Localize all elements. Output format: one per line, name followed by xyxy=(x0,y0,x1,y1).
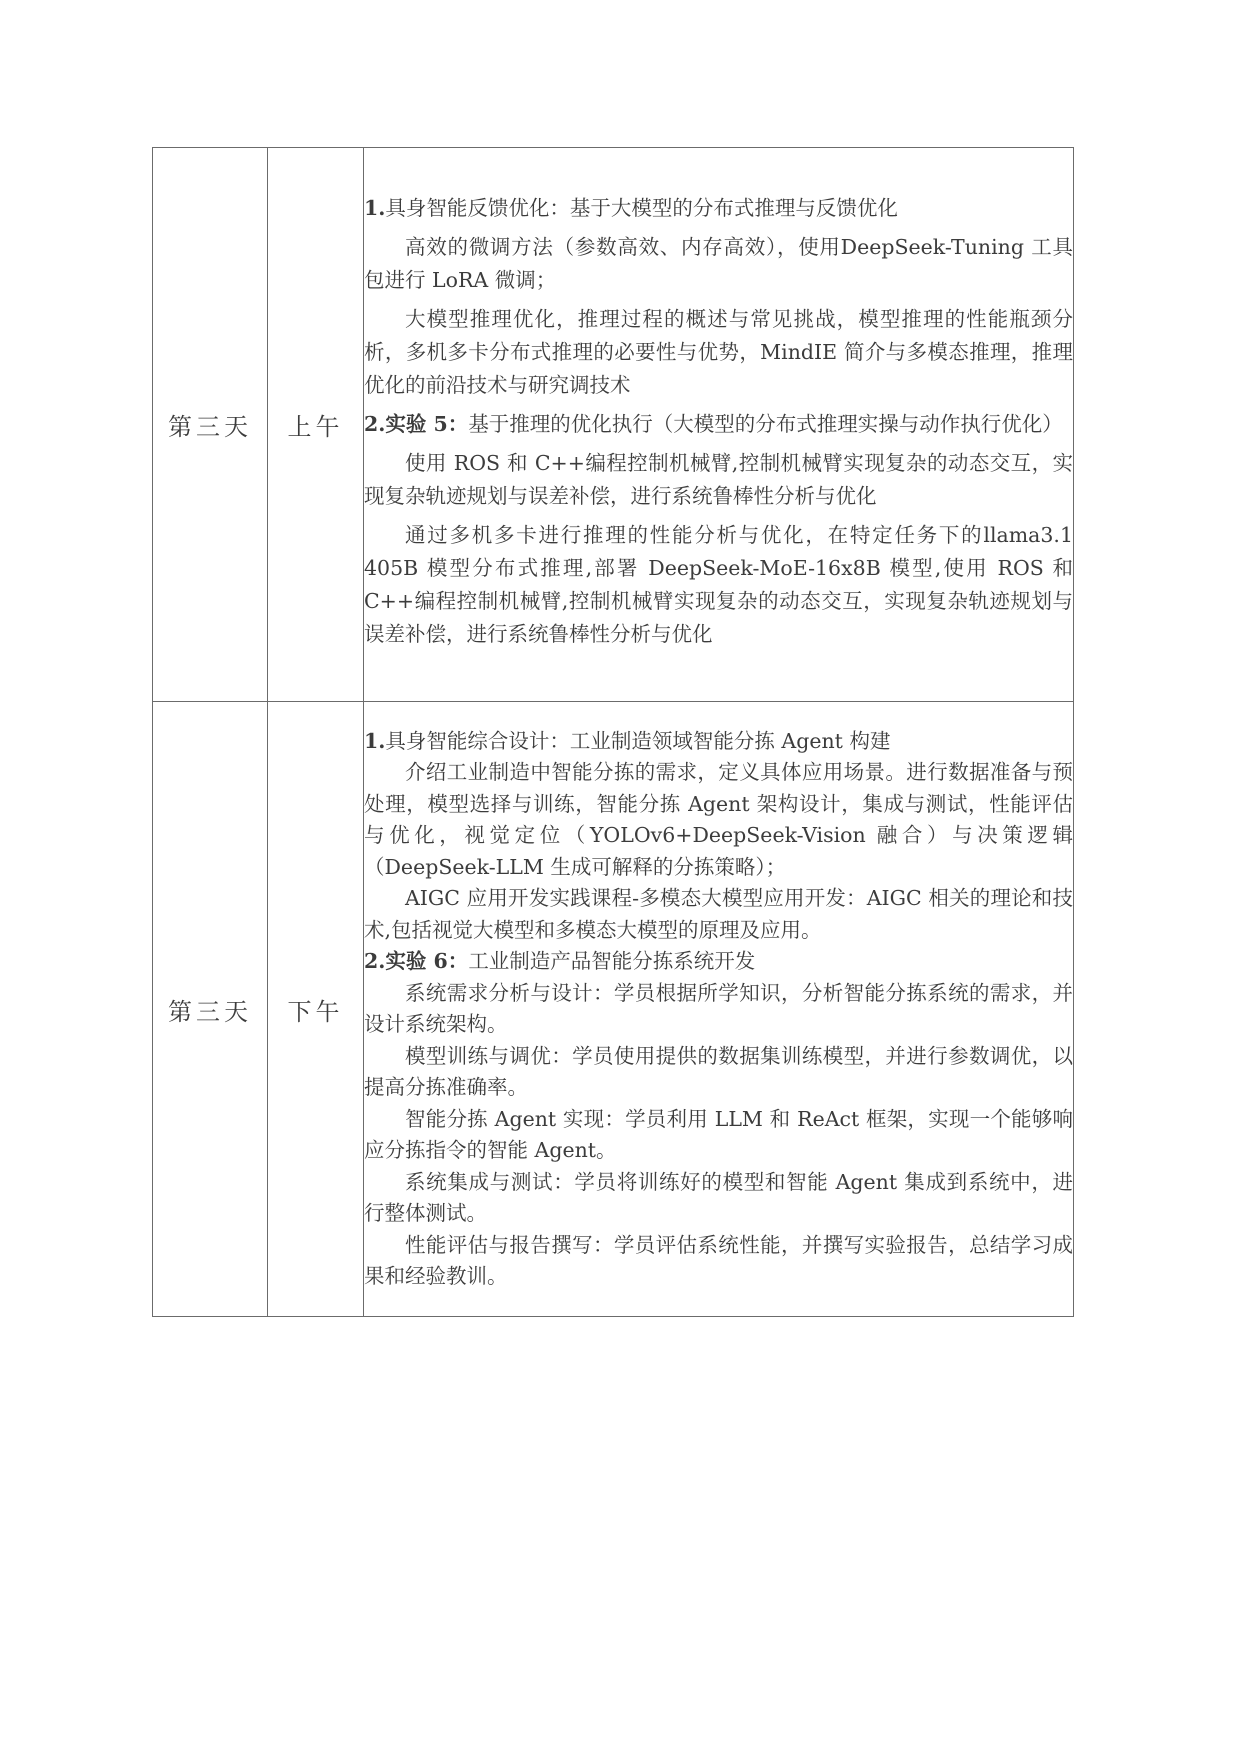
paragraph: 性能评估与报告撰写：学员评估系统性能，并撰写实验报告，总结学习成果和经验教训。 xyxy=(364,1230,1073,1293)
section-heading: 2.实验 6：工业制造产品智能分拣系统开发 xyxy=(364,946,1073,978)
table-row-day3-afternoon: 第三天 下午 1.具身智能综合设计：工业制造领域智能分拣 Agent 构建 介绍… xyxy=(153,702,1074,1317)
period-cell: 下午 xyxy=(268,702,364,1317)
paragraph: 高效的微调方法（参数高效、内存高效），使用DeepSeek-Tuning 工具包… xyxy=(364,231,1073,297)
content-cell: 1.具身智能反馈优化：基于大模型的分布式推理与反馈优化 高效的微调方法（参数高效… xyxy=(364,148,1074,702)
paragraph: 使用 ROS 和 C++编程控制机械臂,控制机械臂实现复杂的动态交互，实现复杂轨… xyxy=(364,447,1073,513)
section-heading: 2.实验 5：基于推理的优化执行（大模型的分布式推理实操与动作执行优化） xyxy=(364,408,1073,441)
period-cell: 上午 xyxy=(268,148,364,702)
day-cell: 第三天 xyxy=(153,702,268,1317)
paragraph: 系统需求分析与设计：学员根据所学知识，分析智能分拣系统的需求，并设计系统架构。 xyxy=(364,978,1073,1041)
content-cell: 1.具身智能综合设计：工业制造领域智能分拣 Agent 构建 介绍工业制造中智能… xyxy=(364,702,1074,1317)
paragraph: 智能分拣 Agent 实现：学员利用 LLM 和 ReAct 框架，实现一个能够… xyxy=(364,1104,1073,1167)
table-row-day3-morning: 第三天 上午 1.具身智能反馈优化：基于大模型的分布式推理与反馈优化 高效的微调… xyxy=(153,148,1074,702)
paragraph: 模型训练与调优：学员使用提供的数据集训练模型，并进行参数调优，以提高分拣准确率。 xyxy=(364,1041,1073,1104)
paragraph: 通过多机多卡进行推理的性能分析与优化，在特定任务下的llama3.1 405B … xyxy=(364,519,1073,651)
paragraph: 介绍工业制造中智能分拣的需求，定义具体应用场景。进行数据准备与预处理，模型选择与… xyxy=(364,757,1073,883)
section-heading: 1.具身智能综合设计：工业制造领域智能分拣 Agent 构建 xyxy=(364,726,1073,758)
day-cell: 第三天 xyxy=(153,148,268,702)
schedule-table: 第三天 上午 1.具身智能反馈优化：基于大模型的分布式推理与反馈优化 高效的微调… xyxy=(152,147,1074,1317)
paragraph: 大模型推理优化，推理过程的概述与常见挑战，模型推理的性能瓶颈分析，多机多卡分布式… xyxy=(364,303,1073,402)
paragraph: AIGC 应用开发实践课程-多模态大模型应用开发：AIGC 相关的理论和技术,包… xyxy=(364,883,1073,946)
section-heading: 1.具身智能反馈优化：基于大模型的分布式推理与反馈优化 xyxy=(364,192,1073,225)
paragraph: 系统集成与测试：学员将训练好的模型和智能 Agent 集成到系统中，进行整体测试… xyxy=(364,1167,1073,1230)
